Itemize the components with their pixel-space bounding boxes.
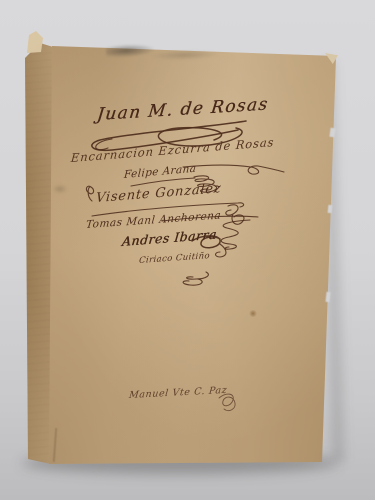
photo-of-antique-book: Juan M. de Rosas Encarnacion Ezcurra de … (0, 0, 375, 500)
cover-edge-chip (328, 205, 333, 213)
foxing-spot (249, 310, 257, 317)
ink-smudge-top-edge (106, 43, 157, 59)
book-front-cover (0, 0, 375, 500)
faint-pencil-mark (52, 184, 68, 194)
